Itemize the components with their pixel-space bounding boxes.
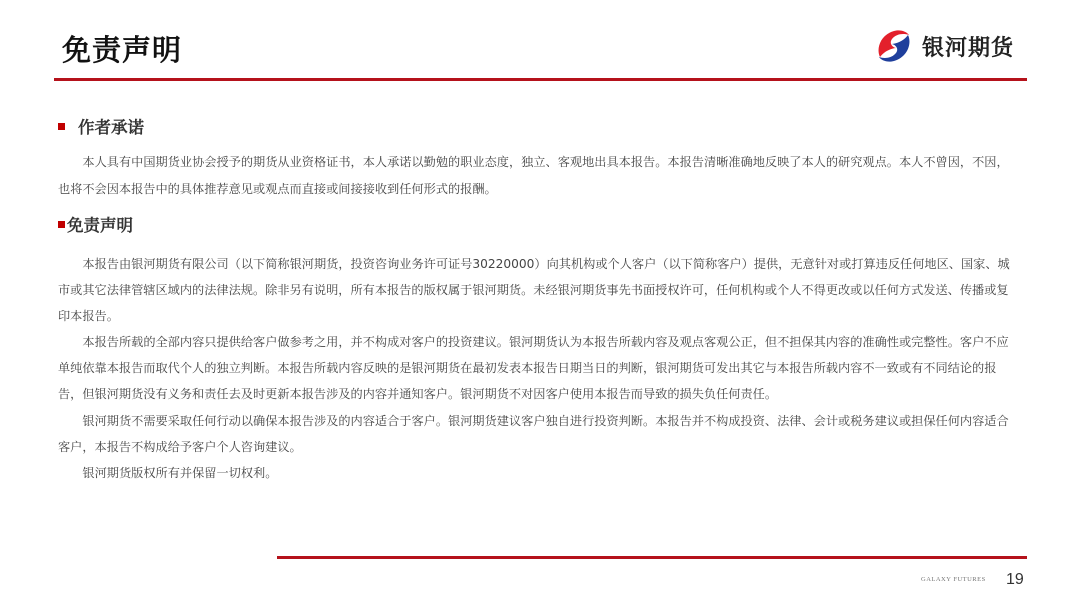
footer-divider (277, 556, 1027, 559)
disclaimer-paragraph: 银河期货不需要采取任何行动以确保本报告涉及的内容适合于客户。银河期货建议客户独自… (58, 408, 1018, 460)
copyright-paragraph: 银河期货版权所有并保留一切权利。 (58, 460, 1018, 486)
footer-brand: GALAXY FUTURES (921, 576, 986, 583)
page-title: 免责声明 (62, 30, 182, 70)
section-heading-disclaimer: 免责声明 (58, 212, 133, 236)
disclaimer-paragraph: 本报告所载的全部内容只提供给客户做参考之用，并不构成对客户的投资建议。银河期货认… (58, 329, 1018, 407)
page-number: 19 (1006, 571, 1024, 589)
section-heading-author-commitment: 作者承诺 (58, 114, 144, 138)
header-divider (54, 78, 1027, 81)
author-commitment-paragraph: 本人具有中国期货业协会授予的期货从业资格证书，本人承诺以勤勉的职业态度，独立、客… (58, 149, 1018, 203)
square-bullet-icon (58, 221, 65, 228)
section-heading-label: 免责声明 (67, 212, 133, 236)
section-heading-label: 作者承诺 (78, 114, 144, 138)
square-bullet-icon (58, 123, 65, 130)
company-logo: 银河期货 (874, 26, 1014, 66)
disclaimer-paragraph: 本报告由银河期货有限公司（以下简称银河期货，投资咨询业务许可证号30220000… (58, 251, 1018, 329)
logo-text: 银河期货 (922, 31, 1014, 62)
galaxy-futures-logo-icon (874, 27, 914, 65)
